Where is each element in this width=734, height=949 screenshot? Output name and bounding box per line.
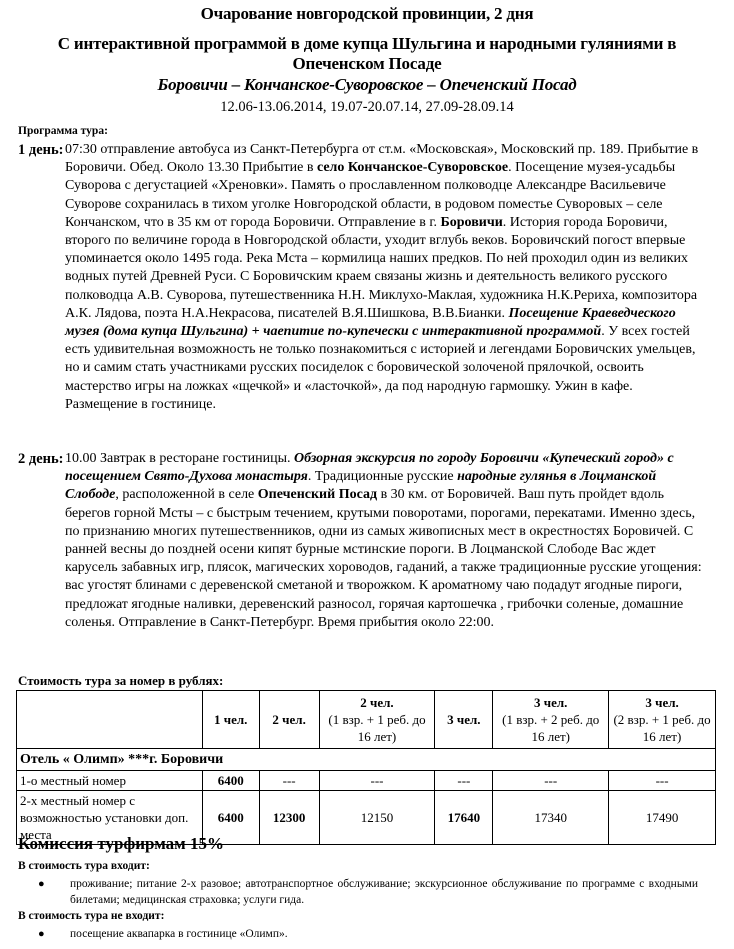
program-label: Программа тура:	[18, 125, 108, 137]
day-1-text: 07:30 отправление автобуса из Санкт-Пете…	[65, 141, 704, 414]
page-subtitle: С интерактивной программой в доме купца …	[40, 34, 694, 74]
excluded-list: ●посещение аквапарка в гостинице «Олимп»…	[18, 926, 698, 942]
tour-dates: 12.06-13.06.2014, 19.07-20.07.14, 27.09-…	[0, 99, 734, 116]
row-label: 1-о местный номер	[17, 771, 203, 791]
list-item-text: проживание; питание 2-х разовое; автотра…	[70, 878, 698, 906]
emphasis-text: Опеченский Посад	[258, 487, 377, 502]
price-header-row: 1 чел.2 чел.2 чел.(1 взр. + 1 реб. до 16…	[17, 691, 716, 749]
list-item-text: посещение аквапарка в гостинице «Олимп».	[70, 928, 288, 940]
day-1: 1 день: 07:30 отправление автобуса из Са…	[18, 141, 704, 414]
hotel-name: Отель « Олимп» ***г. Боровичи	[17, 749, 716, 771]
route: Боровичи – Кончанское-Суворовское – Опеч…	[0, 75, 734, 95]
column-header: 3 чел.	[435, 691, 493, 749]
column-header: 1 чел.	[202, 691, 259, 749]
bullet-icon: ●	[38, 926, 45, 942]
page-title: Очарование новгородской провинции, 2 дня	[0, 4, 734, 24]
price-cell: 12300	[259, 791, 319, 845]
emphasis-text: Боровичи	[441, 215, 503, 230]
price-cell: ---	[435, 771, 493, 791]
price-cell: ---	[493, 771, 609, 791]
list-item: ●посещение аквапарка в гостинице «Олимп»…	[18, 926, 698, 942]
column-header: 2 чел.	[259, 691, 319, 749]
price-cell: 17340	[493, 791, 609, 845]
price-cell: ---	[319, 771, 435, 791]
price-cell: ---	[609, 771, 716, 791]
column-header: 3 чел.(1 взр. + 2 реб. до 16 лет)	[493, 691, 609, 749]
price-cell: 12150	[319, 791, 435, 845]
table-row: 1-о местный номер6400---------------	[17, 771, 716, 791]
column-header	[17, 691, 203, 749]
price-cell: 6400	[202, 771, 259, 791]
bullet-icon: ●	[38, 876, 45, 892]
day-2: 2 день: 10.00 Завтрак в ресторане гостин…	[18, 450, 704, 632]
body-text: 10.00 Завтрак в ресторане гостиницы.	[65, 451, 294, 466]
column-header: 3 чел.(2 взр. + 1 реб. до 16 лет)	[609, 691, 716, 749]
body-text: . Традиционные русские	[308, 469, 457, 484]
price-cell: ---	[259, 771, 319, 791]
commission: Комиссия турфирмам 15%	[18, 834, 224, 854]
column-header: 2 чел.(1 взр. + 1 реб. до 16 лет)	[319, 691, 435, 749]
body-text: , расположенной в селе	[115, 487, 257, 502]
body-text: в 30 км. от Боровичей. Ваш путь пройдет …	[65, 487, 702, 629]
price-label: Стоимость тура за номер в рублях:	[18, 673, 223, 689]
price-cell: 17490	[609, 791, 716, 845]
day-1-label: 1 день:	[18, 141, 64, 159]
price-cell: 17640	[435, 791, 493, 845]
excluded-label: В стоимость тура не входит:	[18, 910, 164, 922]
included-list: ●проживание; питание 2-х разовое; автотр…	[18, 876, 698, 908]
list-item: ●проживание; питание 2-х разовое; автотр…	[18, 876, 698, 908]
day-2-text: 10.00 Завтрак в ресторане гостиницы. Обз…	[65, 450, 704, 632]
day-2-label: 2 день:	[18, 450, 64, 468]
price-table: 1 чел.2 чел.2 чел.(1 взр. + 1 реб. до 16…	[16, 690, 716, 845]
hotel-row: Отель « Олимп» ***г. Боровичи	[17, 749, 716, 771]
emphasis-text: село Кончанское-Суворовское	[317, 160, 508, 175]
included-label: В стоимость тура входит:	[18, 860, 150, 872]
